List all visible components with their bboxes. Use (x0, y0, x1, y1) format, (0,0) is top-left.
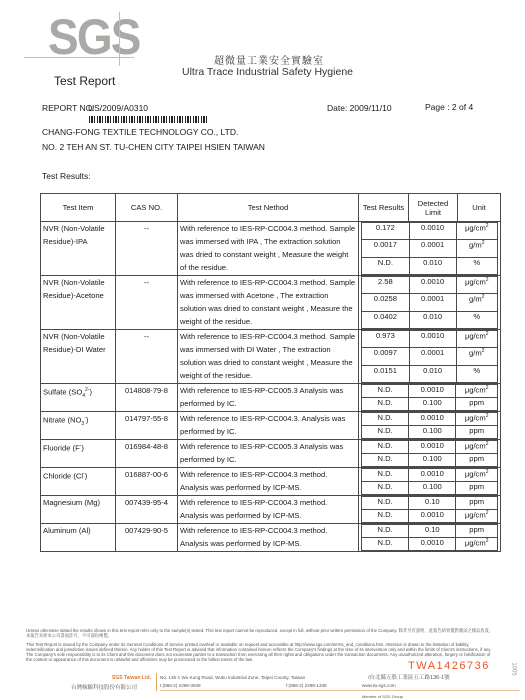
logo-rule-vertical (119, 12, 120, 66)
cell-test-result: N.D. (362, 440, 409, 453)
result-subrow: N.D.0.0010μg/cm2 (362, 384, 498, 397)
cell-unit: g/m2 (456, 348, 498, 365)
cell-test-result: N.D. (362, 524, 409, 537)
cell-test-method: With reference to IES-RP-CC005.3 Analysi… (178, 439, 359, 467)
cell-unit: ppm (456, 481, 498, 494)
cell-results-group: 0.9730.0010μg/cm20.00970.0001g/m20.01510… (359, 329, 501, 383)
cell-unit: % (456, 257, 498, 274)
barcode (89, 116, 207, 123)
cell-cas-no: -- (116, 222, 178, 276)
cell-unit: g/m2 (456, 294, 498, 311)
cell-unit: μg/cm2 (456, 412, 498, 425)
cell-test-result: N.D. (362, 453, 409, 466)
cell-test-method: With reference to IES-RP-CC004.3. Analys… (178, 411, 359, 439)
lab-name-english: Ultra Trace Industrial Safety Hygiene (182, 66, 353, 78)
cell-test-result: N.D. (362, 384, 409, 397)
footer-member: Member of SGS Group (362, 694, 403, 699)
cell-detected-limit: 0.100 (409, 481, 456, 494)
footer-address-en: No. 136-1 Wu Kung Road, Wuku Industrial … (160, 675, 305, 680)
disclaimer-conditions: This Test Report is issued by the Compan… (26, 642, 496, 662)
result-subrow: 2.580.0010μg/cm2 (362, 276, 498, 293)
results-subtable: N.D.0.0010μg/cm2N.D.0.100ppm (361, 468, 498, 495)
cell-cas-no: 016984-48-8 (116, 439, 178, 467)
cell-results-group: N.D.0.10ppmN.D.0.0010μg/cm2 (359, 523, 501, 551)
table-header-row: Test Item CAS NO. Test Nethod Test Resul… (41, 194, 501, 222)
cell-test-result: N.D. (362, 257, 410, 274)
result-subrow: 0.01510.010% (362, 365, 498, 382)
results-subtable: N.D.0.0010μg/cm2N.D.0.100ppm (361, 384, 498, 411)
cell-test-result: N.D. (362, 468, 409, 481)
result-subrow: 0.00170.0001g/m2 (362, 240, 498, 257)
cell-test-item: Chloride (Cl-) (41, 467, 116, 495)
footer-divider (156, 673, 157, 691)
lab-name-chinese: 超微量工業安全實驗室 (214, 52, 324, 67)
cell-detected-limit: 0.010 (409, 311, 456, 328)
cell-test-item: NVR (Non-Volatile Residue)-Acetone (41, 275, 116, 329)
header-test-method: Test Nethod (178, 194, 359, 222)
cell-detected-limit: 0.0010 (409, 384, 456, 397)
results-subtable: 2.580.0010μg/cm20.02580.0001g/m20.04020.… (361, 276, 498, 329)
cell-unit: ppm (456, 496, 498, 509)
results-subtable: N.D.0.0010μg/cm2N.D.0.100ppm (361, 440, 498, 467)
cell-results-group: N.D.0.0010μg/cm2N.D.0.100ppm (359, 467, 501, 495)
result-subrow: N.D.0.0010μg/cm2 (362, 440, 498, 453)
table-row: Sulfate (SO42-)014808-79-8With reference… (41, 383, 501, 411)
header-cas-no: CAS NO. (116, 194, 178, 222)
report-no-label: REPORT NO: (42, 103, 95, 113)
result-subrow: N.D.0.0010μg/cm2 (362, 537, 498, 550)
cell-test-result: 0.0151 (362, 365, 410, 382)
cell-cas-no: 014808-79-8 (116, 383, 178, 411)
cell-detected-limit: 0.0010 (409, 223, 456, 240)
footer-telephone: t (886-2) 2299-3939 (160, 683, 201, 688)
cell-test-method: With reference to IES-RP-CC005.3 Analysi… (178, 383, 359, 411)
logo-rule-horizontal (24, 57, 134, 58)
table-row: NVR (Non-Volatile Residue)-Acetone--With… (41, 275, 501, 329)
cell-results-group: N.D.0.0010μg/cm2N.D.0.100ppm (359, 411, 501, 439)
cell-results-group: N.D.0.0010μg/cm2N.D.0.100ppm (359, 383, 501, 411)
cell-detected-limit: 0.0010 (409, 509, 456, 522)
table-row: Magnesium (Mg)007439-95-4With reference … (41, 495, 501, 523)
cell-test-result: 0.0258 (362, 294, 410, 311)
footer-address-cn: /台北縣五股工業區五工路136-1號 (368, 673, 450, 681)
cell-test-method: With reference to IES-RP-CC004.3 method.… (178, 329, 359, 383)
cell-unit: ppm (456, 397, 498, 410)
cell-detected-limit: 0.0010 (409, 276, 456, 293)
header-test-item: Test Item (41, 194, 116, 222)
cell-results-group: 2.580.0010μg/cm20.02580.0001g/m20.04020.… (359, 275, 501, 329)
results-subtable: 0.1720.0010μg/cm20.00170.0001g/m2N.D.0.0… (361, 222, 498, 275)
results-heading: Test Results: (42, 171, 91, 181)
results-subtable: N.D.0.10ppmN.D.0.0010μg/cm2 (361, 524, 498, 551)
cell-detected-limit: 0.0001 (409, 294, 456, 311)
report-no-value: US/2009/A0310 (88, 103, 148, 113)
cell-test-result: N.D. (362, 481, 409, 494)
results-subtable: 0.9730.0010μg/cm20.00970.0001g/m20.01510… (361, 330, 498, 383)
cell-detected-limit: 0.0010 (409, 330, 456, 347)
client-company: CHANG-FONG TEXTILE TECHNOLOGY CO., LTD. (42, 127, 238, 137)
table-row: Nitrate (NO3-)014797-55-8With reference … (41, 411, 501, 439)
cell-cas-no: 007429-90-5 (116, 523, 178, 551)
result-subrow: 0.02580.0001g/m2 (362, 294, 498, 311)
cell-cas-no: -- (116, 275, 178, 329)
footer-website[interactable]: www.tw.sgs.com (362, 683, 396, 688)
document-title: Test Report (54, 74, 115, 88)
cell-test-result: N.D. (362, 509, 409, 522)
header-test-results: Test Results (359, 194, 409, 222)
cell-detected-limit: 0.0010 (409, 537, 456, 550)
cell-detected-limit: 0.100 (409, 425, 456, 438)
header-detected-limit: Detected Limit (409, 194, 458, 222)
cell-unit: % (456, 311, 498, 328)
cell-test-item: NVR (Non-Volatile Residue)-DI Water (41, 329, 116, 383)
footer-fax: f (886-2) 2298-1338 (286, 683, 327, 688)
result-subrow: N.D.0.100ppm (362, 453, 498, 466)
cell-test-result: N.D. (362, 496, 409, 509)
result-subrow: 0.00970.0001g/m2 (362, 348, 498, 365)
page-number: Page : 2 of 4 (425, 102, 473, 112)
cell-unit: μg/cm2 (456, 468, 498, 481)
cell-results-group: 0.1720.0010μg/cm20.00170.0001g/m2N.D.0.0… (359, 222, 501, 276)
cell-unit: ppm (456, 524, 498, 537)
table-row: Fluoride (F-)016984-48-8With reference t… (41, 439, 501, 467)
cell-results-group: N.D.0.10ppmN.D.0.0010μg/cm2 (359, 495, 501, 523)
cell-test-item: Sulfate (SO42-) (41, 383, 116, 411)
result-subrow: N.D.0.10ppm (362, 496, 498, 509)
cell-results-group: N.D.0.0010μg/cm2N.D.0.100ppm (359, 439, 501, 467)
cell-unit: μg/cm2 (456, 223, 498, 240)
result-subrow: 0.04020.010% (362, 311, 498, 328)
cell-detected-limit: 0.100 (409, 397, 456, 410)
cell-test-result: 0.0097 (362, 348, 410, 365)
result-subrow: N.D.0.0010μg/cm2 (362, 412, 498, 425)
cell-test-result: 2.58 (362, 276, 410, 293)
cell-detected-limit: 0.10 (409, 496, 456, 509)
cell-unit: ppm (456, 453, 498, 466)
cell-unit: μg/cm2 (456, 330, 498, 347)
cell-detected-limit: 0.10 (409, 524, 456, 537)
cell-detected-limit: 0.0001 (409, 348, 456, 365)
result-subrow: N.D.0.100ppm (362, 425, 498, 438)
cell-test-result: N.D. (362, 425, 409, 438)
disclaimer-reproduction: Unless otherwise stated the results show… (26, 628, 496, 638)
cell-unit: μg/cm2 (456, 276, 498, 293)
table-row: Aluminum (Al)007429-90-5With reference t… (41, 523, 501, 551)
cell-test-result: N.D. (362, 537, 409, 550)
cell-cas-no: -- (116, 329, 178, 383)
report-date: Date: 2009/11/10 (327, 103, 392, 113)
footer-company-en: SGS Taiwan Ltd. (112, 675, 151, 681)
table-row: Chloride (Cl-)016887-00-6With reference … (41, 467, 501, 495)
result-subrow: 0.9730.0010μg/cm2 (362, 330, 498, 347)
result-subrow: 0.1720.0010μg/cm2 (362, 223, 498, 240)
results-subtable: N.D.0.0010μg/cm2N.D.0.100ppm (361, 412, 498, 439)
cell-unit: μg/cm2 (456, 537, 498, 550)
result-subrow: N.D.0.100ppm (362, 397, 498, 410)
cell-detected-limit: 0.0001 (409, 240, 456, 257)
cell-unit: μg/cm2 (456, 509, 498, 522)
result-subrow: N.D.0.10ppm (362, 524, 498, 537)
result-subrow: N.D.0.0010μg/cm2 (362, 509, 498, 522)
cell-unit: ppm (456, 425, 498, 438)
cell-test-result: 0.0017 (362, 240, 410, 257)
cell-unit: μg/cm2 (456, 384, 498, 397)
cell-test-item: NVR (Non-Volatile Residue)-IPA (41, 222, 116, 276)
cell-test-result: 0.0402 (362, 311, 410, 328)
cell-test-item: Aluminum (Al) (41, 523, 116, 551)
cell-test-method: With reference to IES-RP-CC004.3 method.… (178, 495, 359, 523)
cell-test-result: 0.172 (362, 223, 410, 240)
cell-detected-limit: 0.010 (409, 257, 456, 274)
cell-test-result: N.D. (362, 397, 409, 410)
cell-test-result: 0.973 (362, 330, 410, 347)
cell-unit: g/m2 (456, 240, 498, 257)
header-unit: Unit (458, 194, 501, 222)
serial-number: TWA1426736 (408, 660, 490, 672)
cell-test-item: Magnesium (Mg) (41, 495, 116, 523)
cell-detected-limit: 0.0010 (409, 412, 456, 425)
cell-test-result: N.D. (362, 412, 409, 425)
result-subrow: N.D.0.100ppm (362, 481, 498, 494)
cell-test-method: With reference to IES-RP-CC004.3 method.… (178, 467, 359, 495)
cell-unit: μg/cm2 (456, 440, 498, 453)
cell-test-method: With reference to IES-RP-CC004.3 method.… (178, 523, 359, 551)
cell-detected-limit: 0.100 (409, 453, 456, 466)
footer-rule (160, 690, 520, 691)
cell-cas-no: 016887-00-6 (116, 467, 178, 495)
table-row: NVR (Non-Volatile Residue)-IPA--With ref… (41, 222, 501, 276)
cell-detected-limit: 0.010 (409, 365, 456, 382)
result-subrow: N.D.0.0010μg/cm2 (362, 468, 498, 481)
cell-test-method: With reference to IES-RP-CC004.3 method.… (178, 275, 359, 329)
results-table: Test Item CAS NO. Test Nethod Test Resul… (40, 193, 501, 552)
cell-test-method: With reference to IES-RP-CC004.3 method.… (178, 222, 359, 276)
footer-company-cn: 台灣檢驗科技股份有限公司 (71, 683, 137, 691)
results-subtable: N.D.0.10ppmN.D.0.0010μg/cm2 (361, 496, 498, 523)
cell-test-item: Fluoride (F-) (41, 439, 116, 467)
result-subrow: N.D.0.010% (362, 257, 498, 274)
cell-detected-limit: 0.0010 (409, 440, 456, 453)
cell-cas-no: 014797-55-8 (116, 411, 178, 439)
sgs-logo: SGS (48, 12, 140, 62)
table-row: NVR (Non-Volatile Residue)-DI Water--Wit… (41, 329, 501, 383)
cell-detected-limit: 0.0010 (409, 468, 456, 481)
cell-cas-no: 007439-95-4 (116, 495, 178, 523)
cell-unit: % (456, 365, 498, 382)
cell-test-item: Nitrate (NO3-) (41, 411, 116, 439)
client-address: NO. 2 TEH AN ST. TU-CHEN CITY TAIPEI HSI… (42, 142, 265, 152)
side-code: 1005 (511, 662, 517, 675)
